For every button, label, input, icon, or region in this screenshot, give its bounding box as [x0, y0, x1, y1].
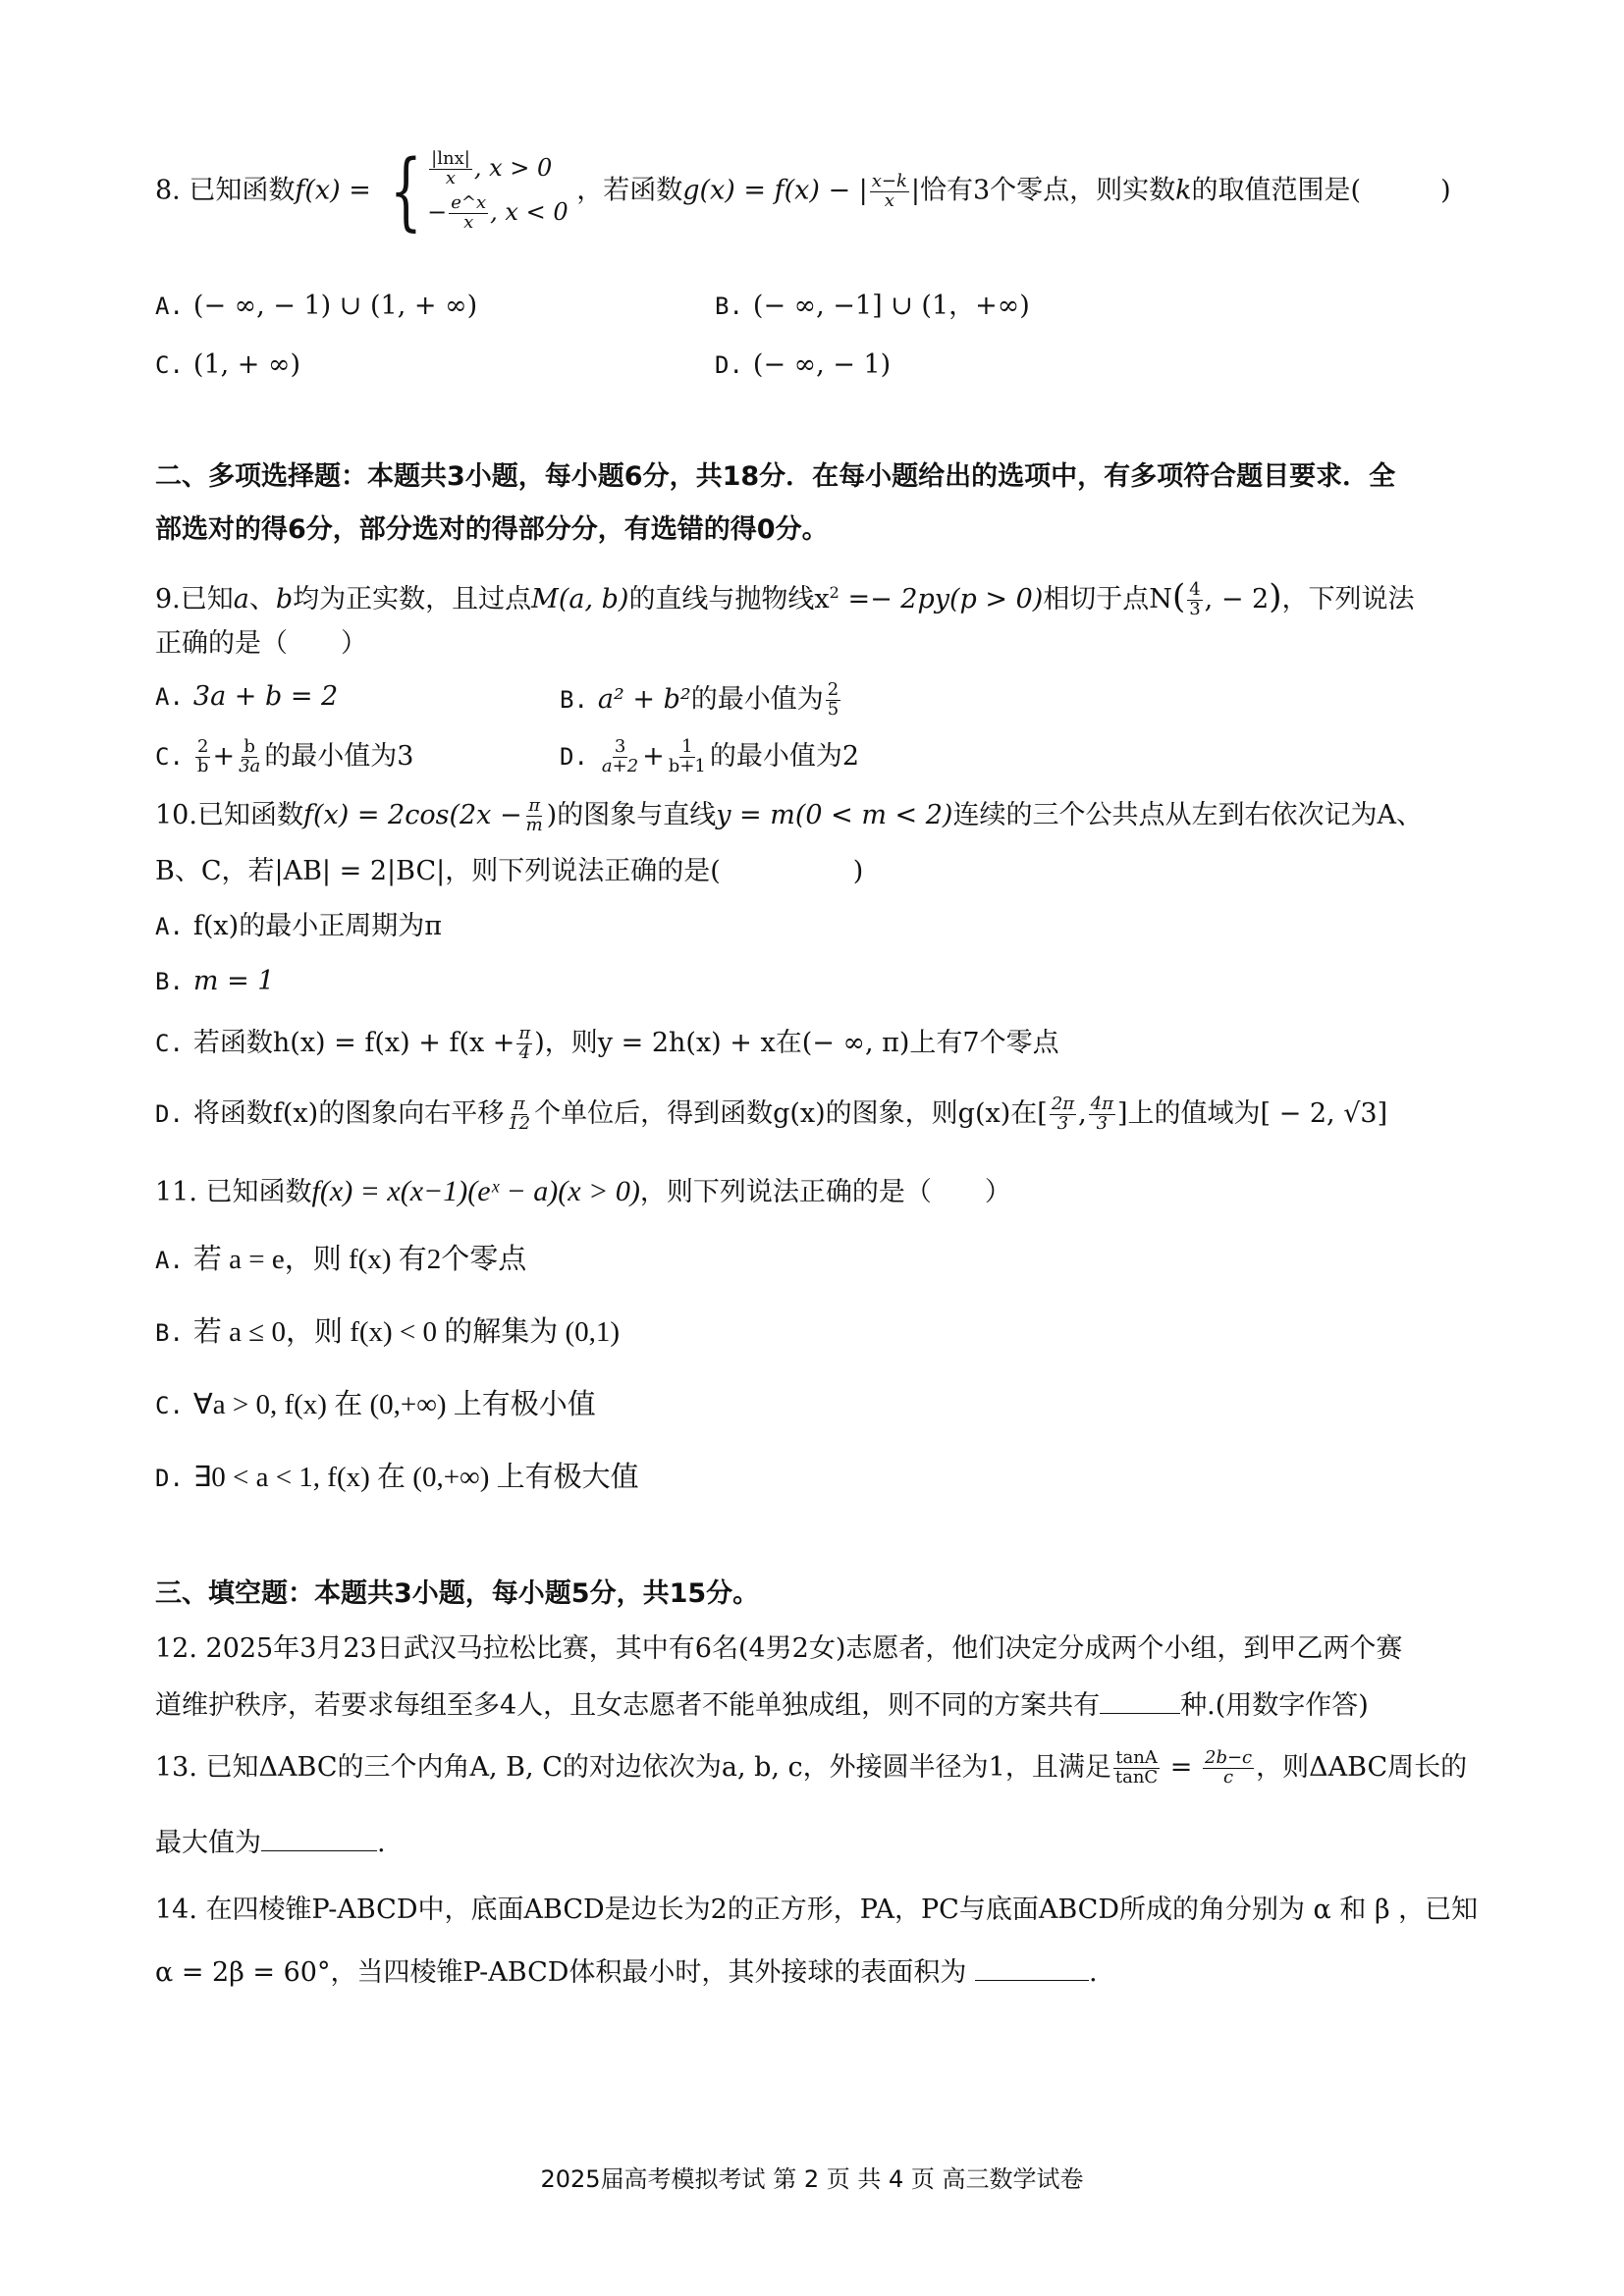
frac-num: 2 [195, 738, 210, 758]
option-label: D. [155, 1100, 184, 1128]
option-text: ]上的值域为[ − 2, √3] [1117, 1098, 1387, 1129]
math-k: k [1175, 176, 1191, 206]
stem-text: 13. 已知ΔABC的三个内角A, B, C的对边依次为a, b, c，外接圆半… [155, 1752, 1111, 1783]
option-label: A. [155, 1247, 184, 1274]
option-label: A. [155, 683, 184, 711]
stem-text: 相切于点N [1043, 584, 1172, 614]
section-2-header-line1: 二、多项选择题：本题共3小题，每小题6分，共18分．在每小题给出的选项中，有多项… [155, 461, 1395, 493]
option-label: C. [155, 351, 184, 379]
frac-num: 2π [1050, 1095, 1076, 1115]
q10-option-a[interactable]: A.f(x)的最小正周期为π [155, 911, 442, 942]
stem-text: . [1089, 1957, 1098, 1988]
stem-text: 最大值为 [155, 1828, 261, 1858]
frac-den: x [461, 214, 475, 233]
case-condition: , x > 0 [474, 154, 552, 182]
frac-num: 3 [613, 738, 627, 758]
q8-option-b[interactable]: B.(− ∞, −1] ∪ (1，+∞) [715, 291, 1030, 322]
frac-num: 2 [826, 681, 840, 701]
q9-option-d[interactable]: D.3a+2+1b+1的最小值为2 [560, 738, 859, 776]
case-condition: , x < 0 [490, 198, 568, 226]
plus-sign: + [212, 741, 235, 772]
stem-text: |恰有3个零点，则实数 [911, 176, 1175, 206]
question-number: 9. [155, 584, 181, 614]
frac-den: b+1 [667, 758, 708, 776]
question-14-stem-line1: 14. 在四棱锥P-ABCD中，底面ABCD是边长为2的正方形，PA，PC与底面… [155, 1895, 1478, 1926]
option-label: A. [155, 913, 184, 940]
question-13-stem-line2: 最大值为. [155, 1828, 386, 1859]
stem-text: ，则ΔABC周长的 [1256, 1752, 1467, 1783]
frac-den: 5 [826, 701, 840, 720]
option-text: f(x)的最小正周期为π [193, 911, 442, 941]
stem-text: 种.(用数字作答) [1180, 1690, 1369, 1721]
frac-num: 2b−c [1203, 1749, 1254, 1769]
question-9-stem-line2: 正确的是（ ） [155, 628, 367, 660]
frac-num: π [516, 1025, 532, 1044]
option-text: (− ∞, − 1) ∪ (1, + ∞) [193, 291, 477, 321]
math-point-m: M(a, b) [531, 584, 628, 614]
question-11-stem: 11. 已知函数f(x) = x(x−1)(eˣ − a)(x > 0)，则下列… [155, 1174, 1011, 1209]
option-label: C. [155, 1392, 184, 1419]
frac-num: 1 [679, 738, 694, 758]
option-text: 若函数h(x) = f(x) + f(x + [193, 1028, 515, 1058]
plus-sign: + [642, 741, 665, 772]
option-text: 的最小值为2 [710, 741, 859, 772]
stem-text: 的直线与抛物线x [628, 584, 829, 614]
left-brace: { [390, 149, 422, 234]
math-formula: f(x) = x(x−1)(eˣ − a)(x > 0) [312, 1175, 640, 1207]
question-number: 10. [155, 800, 197, 830]
answer-blank[interactable] [1100, 1691, 1180, 1714]
option-label: C. [155, 1030, 184, 1057]
stem-text: 连续的三个公共点从左到右依次记为A、 [952, 800, 1423, 830]
question-9-stem: 9.已知a、b均为正实数，且过点M(a, b)的直线与抛物线x2 =− 2py(… [155, 577, 1414, 619]
option-text: ∃0 < a < 1, f(x) 在 (0,+∞) 上有极大值 [193, 1462, 639, 1493]
frac-den: 3a [237, 758, 262, 776]
frac-den: c [1221, 1769, 1235, 1788]
option-text: m = 1 [193, 966, 275, 996]
piecewise-definition: { |lnx|x, x > 0 −e^xx, x < 0 [379, 149, 568, 234]
question-10-stem: 10.已知函数f(x) = 2cos(2x −πm)的图象与直线y = m(0 … [155, 797, 1423, 835]
q8-option-a[interactable]: A.(− ∞, − 1) ∪ (1, + ∞) [155, 291, 477, 322]
frac-den: 3 [1187, 601, 1202, 619]
frac-den: tanC [1113, 1769, 1160, 1788]
minus-sign: − [427, 198, 447, 226]
q10-option-d[interactable]: D.将函数f(x)的图象向右平移π12个单位后，得到函数g(x)的图象，则g(x… [155, 1095, 1387, 1134]
math-parabola: =− 2py(p > 0) [839, 584, 1043, 614]
stem-text: 均为正实数，且过点 [293, 584, 531, 614]
question-10-stem-line2: B、C，若|AB| = 2|BC|，则下列说法正确的是( ) [155, 856, 863, 887]
section-2-header-line2: 部选对的得6分，部分选对的得部分分，有选错的得0分。 [155, 514, 829, 546]
option-label: B. [715, 293, 743, 320]
option-text: 3a + b = 2 [193, 681, 338, 712]
option-text: )，则y = 2h(x) + x在(− ∞, π)上有7个零点 [534, 1028, 1058, 1058]
stem-text: 已知 [181, 584, 234, 614]
frac-num: 4π [1089, 1095, 1115, 1115]
option-label: C. [155, 743, 184, 771]
question-number: 8. [155, 176, 181, 206]
stem-text: ，若函数 [576, 176, 682, 206]
frac-num: b [242, 738, 257, 758]
frac-num: π [526, 797, 542, 817]
frac-den: 12 [506, 1115, 532, 1134]
q10-option-c[interactable]: C.若函数h(x) = f(x) + f(x +π4)，则y = 2h(x) +… [155, 1025, 1059, 1063]
superscript: 2 [830, 583, 839, 602]
frac-num: tanA [1113, 1749, 1160, 1769]
frac-num: x−k [870, 173, 909, 192]
question-13-stem-line1: 13. 已知ΔABC的三个内角A, B, C的对边依次为a, b, c，外接圆半… [155, 1749, 1467, 1788]
q11-option-d[interactable]: D.∃0 < a < 1, f(x) 在 (0,+∞) 上有极大值 [155, 1461, 639, 1495]
option-text: 若 a ≤ 0，则 f(x) < 0 的解集为 (0,1) [193, 1316, 620, 1348]
option-label: B. [155, 1319, 184, 1347]
question-14-stem-line2: α = 2β = 60°，当四棱锥P-ABCD体积最小时，其外接球的表面积为 . [155, 1957, 1098, 1989]
math-fx: f(x) = [295, 176, 371, 206]
q11-option-a[interactable]: A.若 a = e，则 f(x) 有2个零点 [155, 1243, 526, 1277]
option-text: 的最小值为3 [264, 741, 413, 772]
frac-den: m [524, 817, 545, 835]
q8-option-d[interactable]: D.(− ∞, − 1) [715, 349, 891, 381]
q9-option-b[interactable]: B.a² + b²的最小值为25 [560, 681, 842, 720]
frac-den: a+2 [600, 758, 640, 776]
question-number: 11. [155, 1177, 197, 1207]
option-text: ∀a > 0, f(x) 在 (0,+∞) 上有极小值 [193, 1389, 596, 1420]
stem-text: 、 [249, 584, 276, 614]
option-label: B. [560, 686, 588, 714]
option-text: , [1078, 1098, 1087, 1129]
option-label: A. [155, 293, 184, 320]
stem-text: )的图象与直线 [547, 800, 717, 830]
math-fx: f(x) = 2cos(2x − [303, 800, 522, 830]
q10-option-b[interactable]: B.m = 1 [155, 966, 274, 997]
frac-den: 3 [1095, 1115, 1110, 1134]
option-label: D. [155, 1465, 184, 1492]
frac-den: 4 [517, 1044, 532, 1063]
option-text: (− ∞, − 1) [753, 349, 891, 380]
answer-blank[interactable] [261, 1829, 377, 1851]
stem-text: 已知函数 [197, 800, 303, 830]
q8-option-c[interactable]: C.(1, + ∞) [155, 349, 300, 381]
option-text: 的最小值为 [691, 684, 824, 715]
stem-text: 已知函数 [189, 176, 295, 206]
math-line: y = m(0 < m < 2) [716, 800, 952, 830]
math-b: b [276, 584, 293, 614]
question-12-stem-line1: 12. 2025年3月23日武汉马拉松比赛，其中有6名(4男2女)志愿者，他们决… [155, 1633, 1402, 1665]
frac-den: 3 [1056, 1115, 1070, 1134]
option-text: 将函数f(x)的图象向右平移 [193, 1098, 504, 1129]
question-8-stem: 8. 已知函数f(x) = { |lnx|x, x > 0 −e^xx, x <… [155, 149, 1451, 234]
answer-blank[interactable] [975, 1958, 1089, 1981]
page-footer: 2025届高考模拟考试 第 2 页 共 4 页 高三数学试卷 [0, 2160, 1624, 2194]
exam-page: 8. 已知函数f(x) = { |lnx|x, x > 0 −e^xx, x <… [0, 0, 1624, 2296]
equals-sign: = [1162, 1752, 1201, 1783]
question-12-stem-line2: 道维护秩序，若要求每组至多4人，且女志愿者不能单独成组，则不同的方案共有种.(用… [155, 1690, 1369, 1722]
frac-den: b [195, 758, 211, 776]
q9-option-a[interactable]: A.3a + b = 2 [155, 681, 338, 713]
frac-num: e^x [449, 194, 488, 214]
stem-text: ，则下列说法正确的是（ ） [640, 1177, 1011, 1207]
stem-text: 道维护秩序，若要求每组至多4人，且女志愿者不能单独成组，则不同的方案共有 [155, 1690, 1100, 1721]
option-math: a² + b² [598, 684, 691, 715]
option-label: D. [715, 351, 743, 379]
math-text: , − 2 [1205, 584, 1270, 614]
frac-den: x [883, 192, 896, 211]
stem-text: ，下列说法 [1281, 584, 1414, 614]
stem-text: α = 2β = 60°，当四棱锥P-ABCD体积最小时，其外接球的表面积为 [155, 1957, 975, 1988]
frac-num: π [512, 1095, 527, 1115]
option-text: (1, + ∞) [193, 349, 300, 380]
stem-text: 的取值范围是( ) [1192, 176, 1451, 206]
option-text: 若 a = e，则 f(x) 有2个零点 [193, 1244, 526, 1275]
option-label: D. [560, 743, 588, 771]
math-gx: g(x) = f(x) − | [682, 176, 868, 206]
frac-den: x [444, 170, 458, 188]
option-label: B. [155, 968, 184, 995]
stem-text: 已知函数 [206, 1177, 312, 1207]
option-text: 个单位后，得到函数g(x)的图象，则g(x)在[ [534, 1098, 1048, 1129]
q11-option-c[interactable]: C.∀a > 0, f(x) 在 (0,+∞) 上有极小值 [155, 1388, 596, 1422]
section-3-header: 三、填空题：本题共3小题，每小题5分，共15分。 [155, 1578, 759, 1610]
q9-option-c[interactable]: C.2b+b3a的最小值为3 [155, 738, 413, 776]
math-a: a [234, 584, 249, 614]
stem-text: . [377, 1828, 386, 1858]
q11-option-b[interactable]: B.若 a ≤ 0，则 f(x) < 0 的解集为 (0,1) [155, 1315, 620, 1350]
option-text: (− ∞, −1] ∪ (1，+∞) [753, 291, 1030, 321]
